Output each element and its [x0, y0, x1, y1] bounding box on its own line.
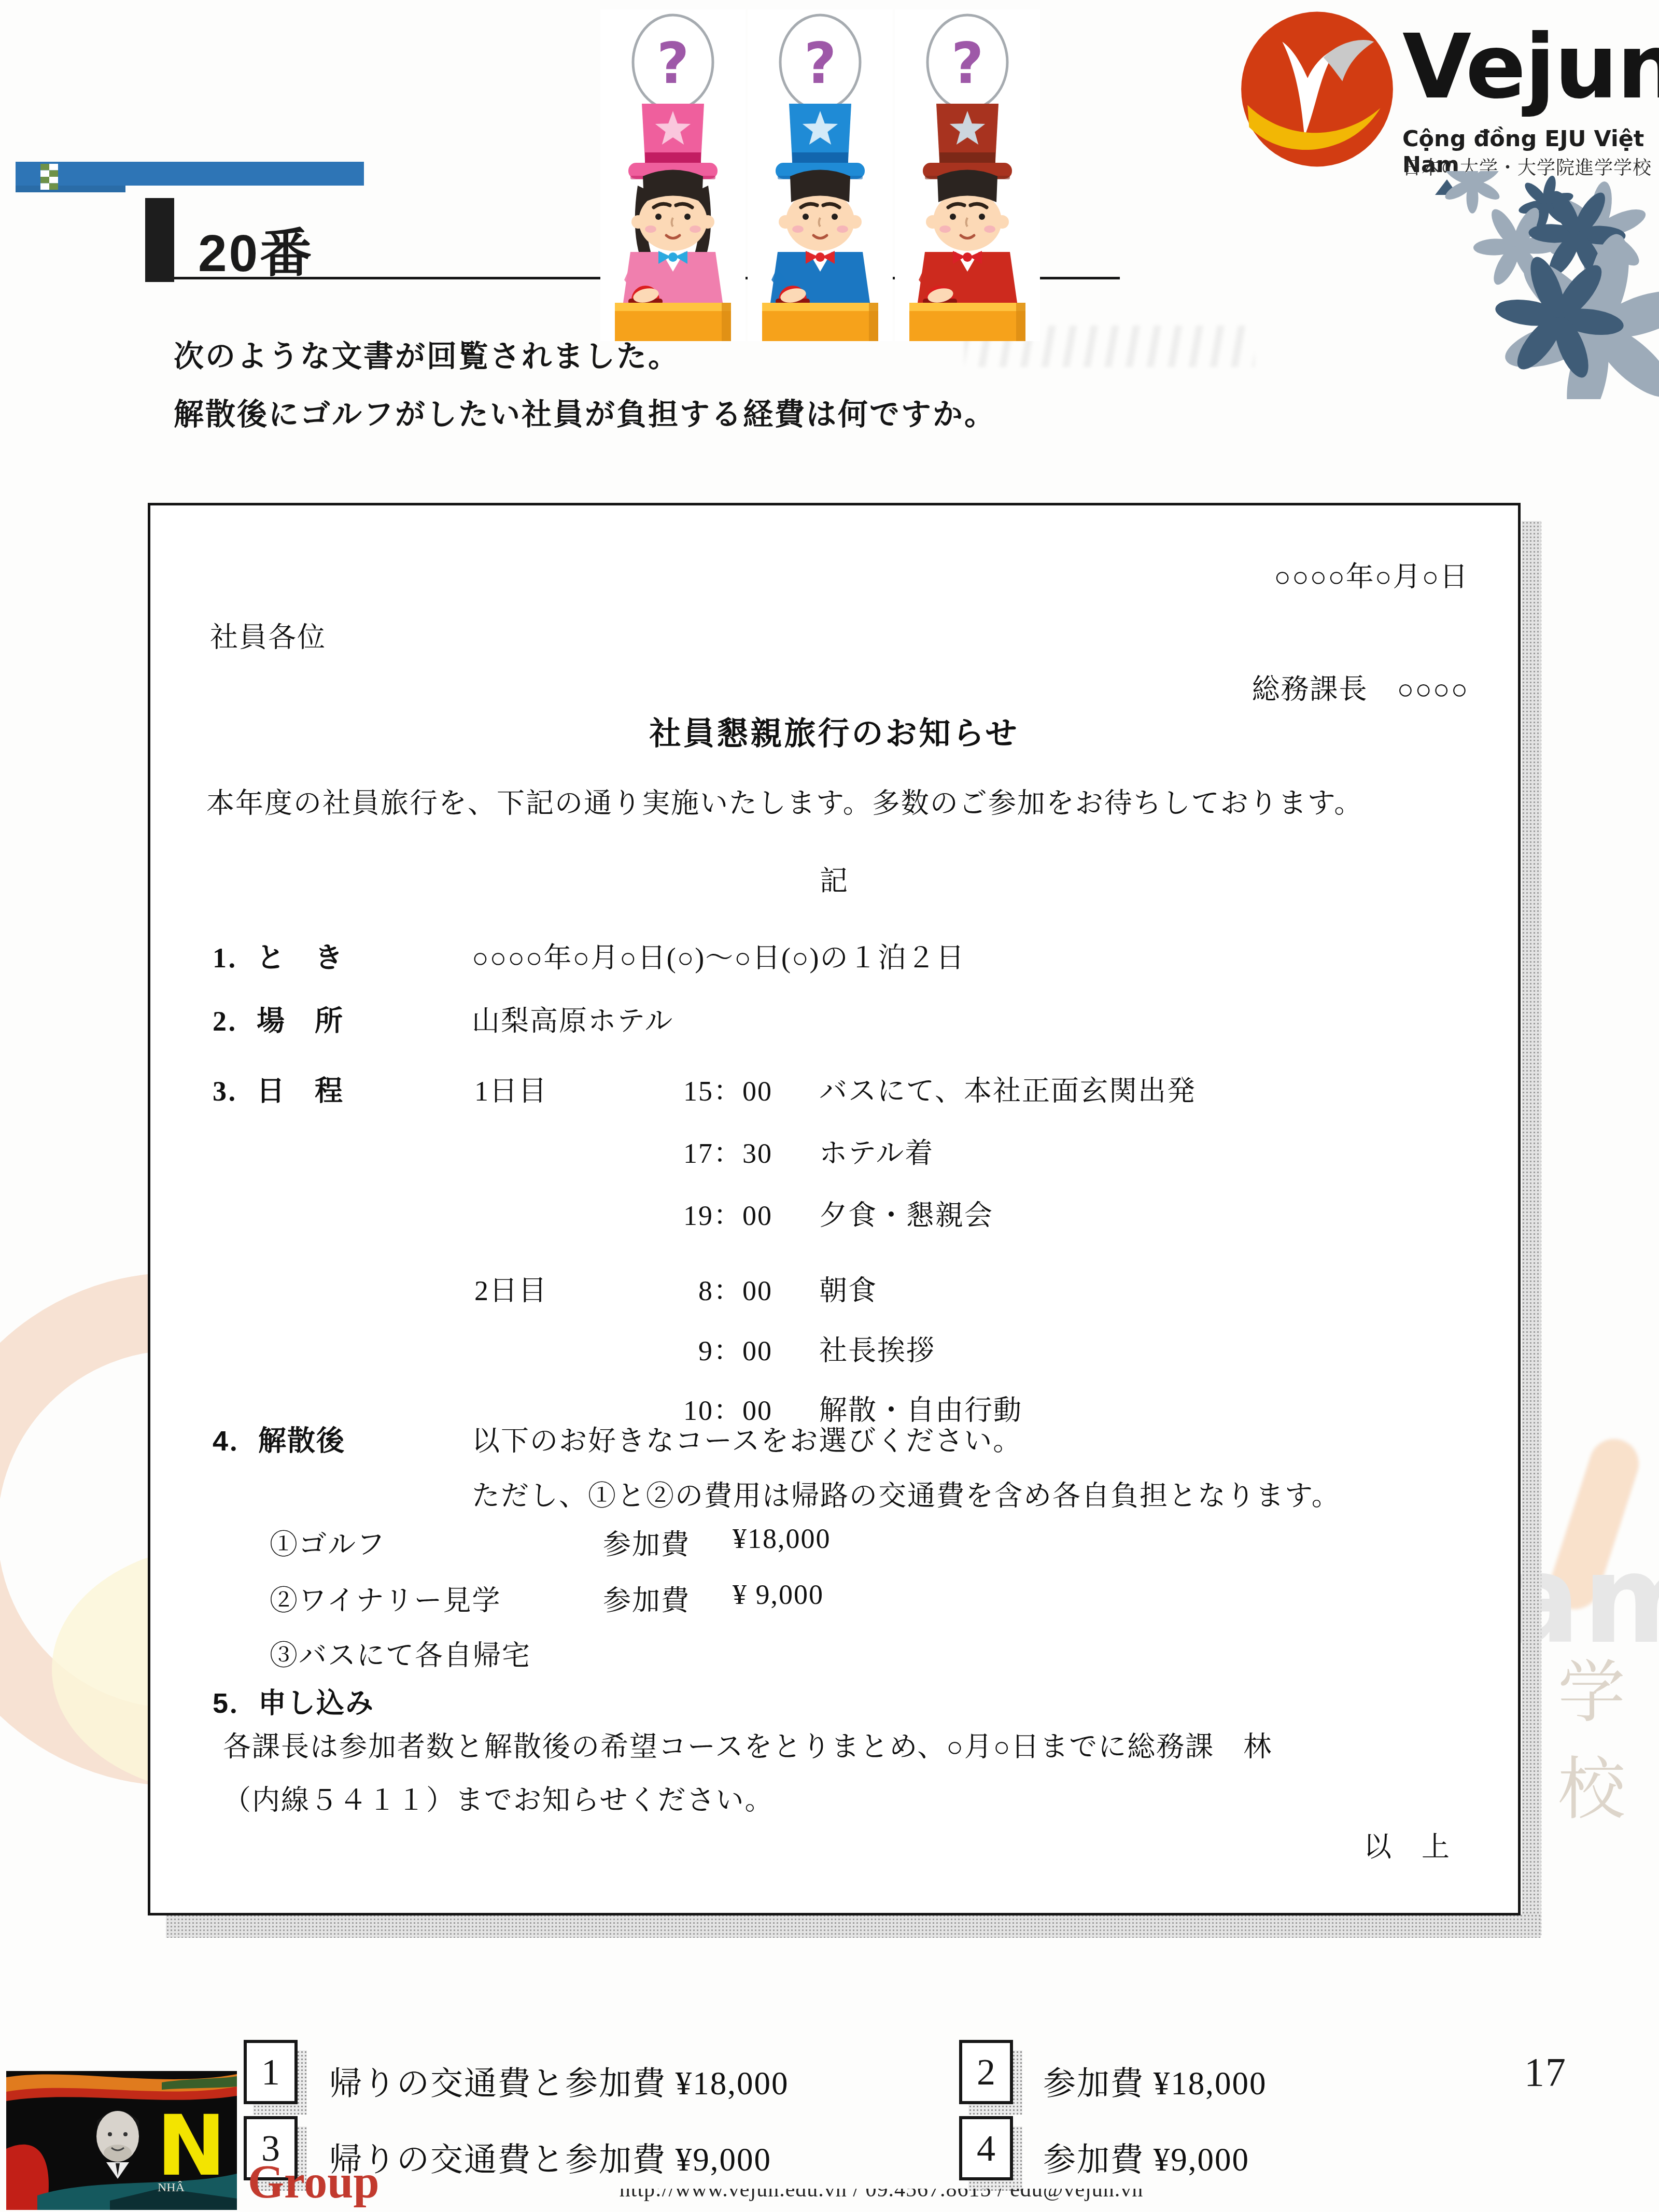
quiz-contestant-blue: ?: [748, 9, 893, 341]
quiz-contestants-illustration: ? ?: [600, 9, 1042, 342]
option-text: 帰りの交通費と参加費 ¥9,000: [329, 2133, 771, 2180]
watermark-logo-arc: [0, 1208, 156, 1882]
question-number-bar: [145, 198, 174, 282]
photo-letter: N: [157, 2097, 226, 2194]
doc-closing: 以 上: [1363, 1825, 1451, 1865]
checker-icon: [40, 164, 58, 190]
vejun-logo-icon: [1238, 6, 1396, 172]
option-text: 参加費 ¥18,000: [1043, 2057, 1267, 2104]
quiz-contestant-red: ?: [895, 9, 1040, 341]
option-number[interactable]: 4: [959, 2116, 1013, 2180]
doc-recipient: 社員各位: [210, 615, 326, 655]
doc-ki: 記: [150, 859, 1518, 899]
option-number[interactable]: 2: [959, 2040, 1013, 2104]
circulated-document: ○○○○年○月○日 社員各位 総務課長 ○○○○ 社員懇親旅行のお知らせ 本年度…: [148, 503, 1521, 1915]
svg-text:?: ?: [657, 32, 690, 96]
document-shadow-right: [1522, 521, 1541, 1935]
header-blue-bar-strip: [16, 186, 125, 192]
watermark-gakko-text: 学校: [1558, 1638, 1659, 1832]
option-text: 帰りの交通費と参加費 ¥18,000: [329, 2057, 789, 2104]
doc-intro: 本年度の社員旅行を、下記の通り実施いたします。多数のご参加をお待ちしております。: [206, 781, 1363, 821]
photo-caption: NHÂ: [158, 2181, 185, 2194]
document-shadow-bottom: [166, 1914, 1541, 1938]
vejun-logo-text: Vejun: [1402, 15, 1659, 119]
quiz-contestant-pink: ?: [600, 9, 746, 341]
footer-contact-line: http://www.vejun.edu.vn / 09.4567.8615 /…: [518, 2177, 1244, 2202]
option-number[interactable]: 1: [244, 2040, 298, 2104]
svg-text:?: ?: [951, 32, 984, 96]
question-line-2: 解散後にゴルフがしたい社員が負担する経費は何ですか。: [174, 390, 996, 433]
group-label: Group: [248, 2155, 379, 2209]
header-blue-bar: [16, 162, 364, 186]
doc-sender: 総務課長 ○○○○: [1252, 667, 1469, 707]
flower-decoration: [1421, 171, 1659, 399]
svg-text:?: ?: [804, 32, 837, 96]
question-number: 20番: [198, 212, 314, 286]
group-brand-photo: N NHÂ: [6, 2071, 237, 2210]
scanned-test-page: am 学校 20番 Vejun Cộng đồng EJU Việt Nam 日…: [0, 0, 1659, 2212]
page-number: 17: [1524, 2049, 1567, 2095]
option-text: 参加費 ¥9,000: [1043, 2133, 1249, 2180]
doc-date: ○○○○年○月○日: [1274, 555, 1469, 595]
doc-title: 社員懇親旅行のお知らせ: [150, 709, 1518, 754]
